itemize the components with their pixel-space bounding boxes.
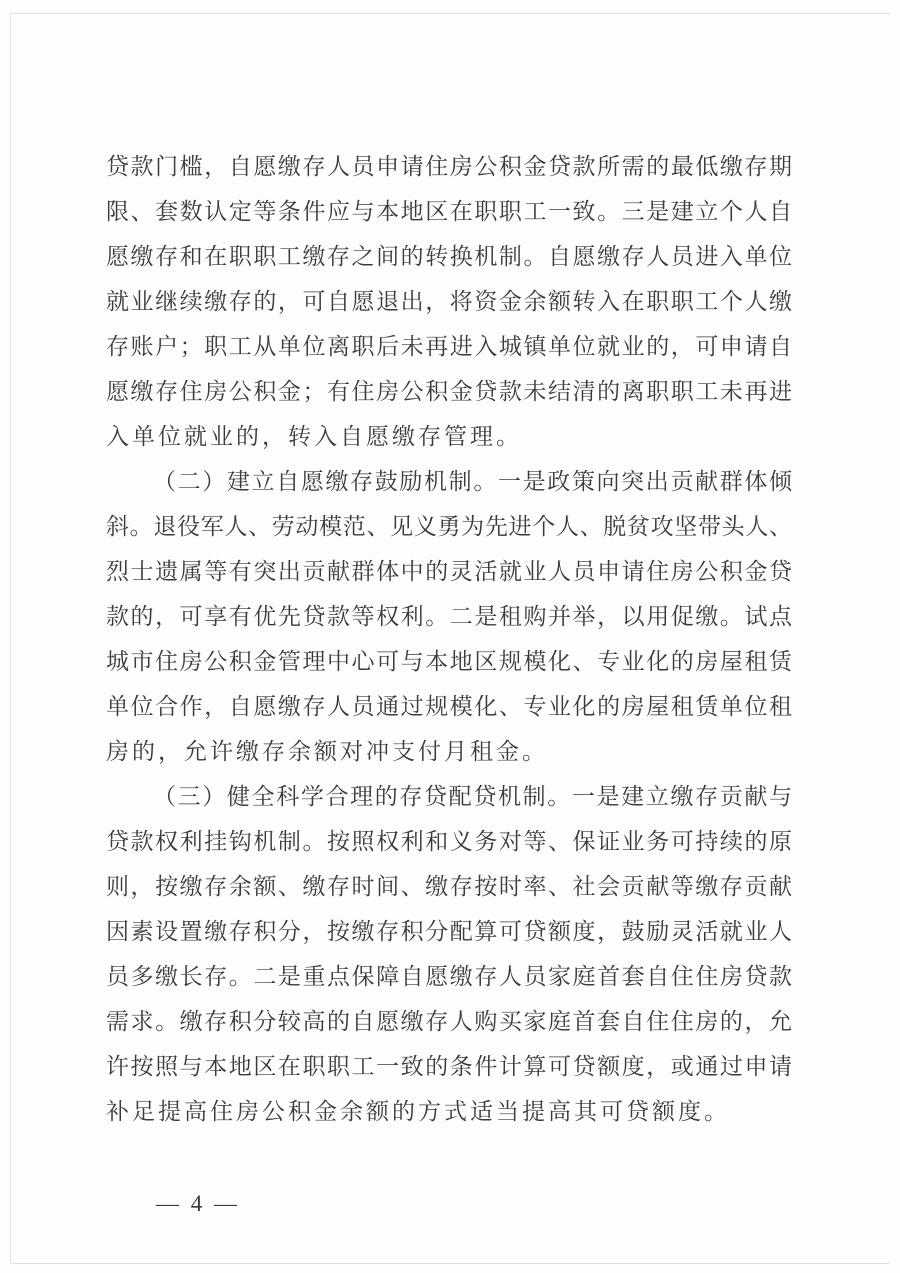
- text-line: （三）健全科学合理的存贷配贷机制。一是建立缴存贡献与: [106, 774, 792, 819]
- text-line: 烈士遗属等有突出贡献群体中的灵活就业人员申请住房公积金贷: [106, 549, 792, 594]
- text-line: 因素设置缴存积分，按缴存积分配算可贷额度，鼓励灵活就业人: [106, 909, 792, 954]
- text-line: 存账户；职工从单位离职后未再进入城镇单位就业的，可申请自: [106, 324, 792, 369]
- text-line: 需求。缴存积分较高的自愿缴存人购买家庭首套自住住房的，允: [106, 999, 792, 1044]
- text-line: 限、套数认定等条件应与本地区在职职工一致。三是建立个人自: [106, 189, 792, 234]
- text-line: 单位合作，自愿缴存人员通过规模化、专业化的房屋租赁单位租: [106, 684, 792, 729]
- text-line: 就业继续缴存的，可自愿退出，将资金余额转入在职职工个人缴: [106, 279, 792, 324]
- page-scan-edge-top: [10, 13, 890, 14]
- text-line: 补足提高住房公积金余额的方式适当提高其可贷额度。: [106, 1089, 792, 1134]
- text-line: 斜。退役军人、劳动模范、见义勇为先进个人、脱贫攻坚带头人、: [106, 504, 792, 549]
- page-scan-edge-bottom: [10, 1263, 890, 1264]
- page-number: — 4 —: [156, 1191, 240, 1216]
- page-scan-edge-left: [10, 13, 11, 1263]
- text-line: 城市住房公积金管理中心可与本地区规模化、专业化的房屋租赁: [106, 639, 792, 684]
- text-line: 则，按缴存余额、缴存时间、缴存按时率、社会贡献等缴存贡献: [106, 864, 792, 909]
- text-line: （二）建立自愿缴存鼓励机制。一是政策向突出贡献群体倾: [106, 459, 792, 504]
- document-body: 贷款门槛，自愿缴存人员申请住房公积金贷款所需的最低缴存期限、套数认定等条件应与本…: [106, 144, 792, 1134]
- document-page: 贷款门槛，自愿缴存人员申请住房公积金贷款所需的最低缴存期限、套数认定等条件应与本…: [0, 0, 900, 1273]
- text-line: 款的，可享有优先贷款等权利。二是租购并举，以用促缴。试点: [106, 594, 792, 639]
- text-line: 愿缴存住房公积金；有住房公积金贷款未结清的离职职工未再进: [106, 369, 792, 414]
- text-line: 愿缴存和在职职工缴存之间的转换机制。自愿缴存人员进入单位: [106, 234, 792, 279]
- text-line: 许按照与本地区在职职工一致的条件计算可贷额度，或通过申请: [106, 1044, 792, 1089]
- text-line: 贷款门槛，自愿缴存人员申请住房公积金贷款所需的最低缴存期: [106, 144, 792, 189]
- text-line: 员多缴长存。二是重点保障自愿缴存人员家庭首套自住住房贷款: [106, 954, 792, 999]
- page-footer: — 4 —: [121, 1136, 240, 1181]
- text-line: 入单位就业的，转入自愿缴存管理。: [106, 414, 792, 459]
- text-line: 房的，允许缴存余额对冲支付月租金。: [106, 729, 792, 774]
- text-line: 贷款权利挂钩机制。按照权利和义务对等、保证业务可持续的原: [106, 819, 792, 864]
